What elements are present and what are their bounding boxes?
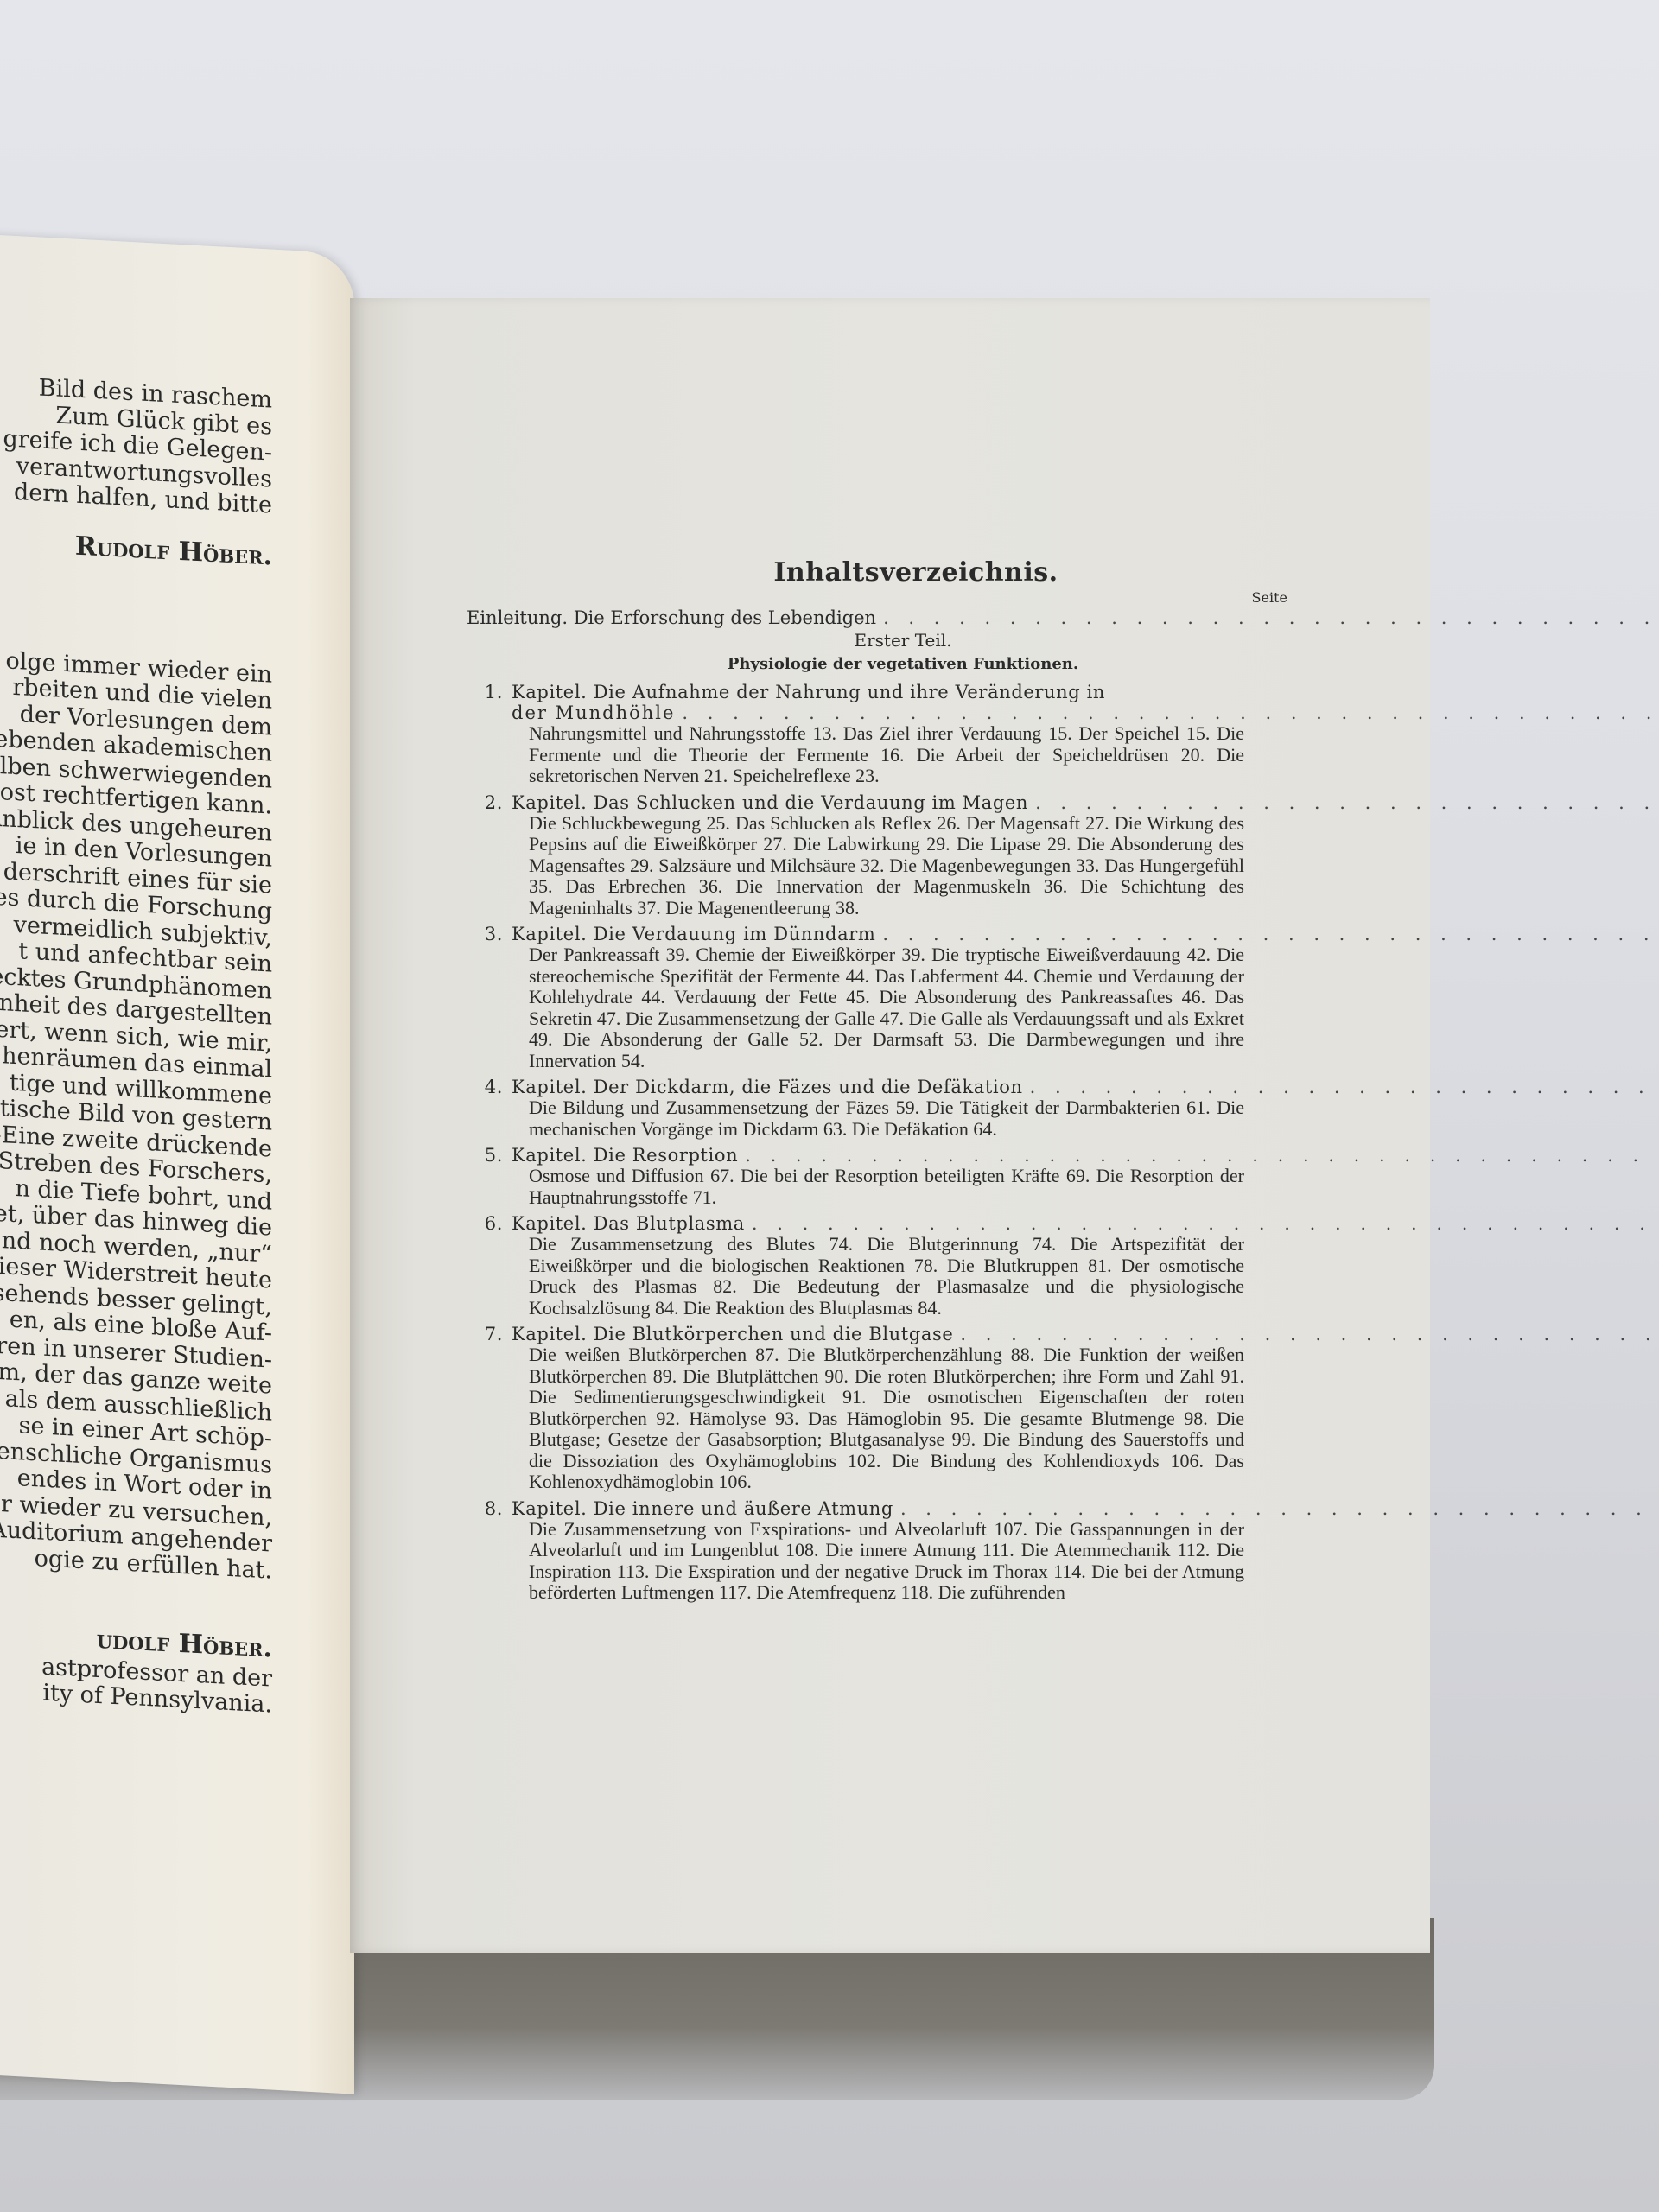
chapter-title: Kapitel. Das Schlucken und die Verdauung…	[512, 792, 1028, 813]
chapter-heading: 4.Kapitel. Der Dickdarm, die Fäzes und d…	[467, 1077, 1296, 1097]
chapter-number: 3.	[467, 924, 512, 944]
preface-end: Bild des in raschem Zum Glück gibt es gr…	[0, 368, 272, 520]
chapter-heading: 8.Kapitel. Die innere und äußere Atmung1…	[467, 1498, 1296, 1519]
right-page: Inhaltsverzeichnis. Seite Einleitung. Di…	[350, 298, 1430, 1953]
chapter-heading: 7.Kapitel. Die Blutkörperchen und die Bl…	[467, 1324, 1296, 1344]
preface-heading-fragment: lage.	[0, 599, 272, 645]
chapter-number: 2.	[467, 792, 512, 813]
left-page-text: Bild des in raschem Zum Glück gibt es gr…	[0, 368, 272, 1719]
leader-dots	[682, 702, 1659, 723]
leader-dots	[960, 1324, 1659, 1344]
chapter-title: Kapitel. Die innere und äußere Atmung	[512, 1498, 893, 1519]
chapter-contents: Der Pankreassaft 39. Chemie der Eiweißkö…	[529, 944, 1244, 1071]
chapter-heading: 2.Kapitel. Das Schlucken und die Verdauu…	[467, 792, 1296, 813]
toc-chapter: 1.Kapitel. Die Aufnahme der Nahrung und …	[467, 682, 1296, 787]
leader-dots	[900, 1498, 1659, 1519]
chapter-title-line: Kapitel. Der Dickdarm, die Fäzes und die…	[512, 1077, 1659, 1097]
chapter-number: 1.	[467, 682, 512, 702]
chapter-title-line: Kapitel. Das Blutplasma	[512, 1213, 1659, 1234]
toc-chapter: 5.Kapitel. Die Resorption67Osmose und Di…	[467, 1145, 1296, 1208]
chapter-number: 7.	[467, 1324, 512, 1344]
left-page: Bild des in raschem Zum Glück gibt es gr…	[0, 233, 354, 2094]
signature-1: Rudolf Höber.	[0, 524, 272, 570]
chapter-title-line: Kapitel. Die Resorption	[512, 1145, 1659, 1166]
chapter-number: 8.	[467, 1498, 512, 1519]
chapter-number: 4.	[467, 1077, 512, 1097]
table-of-contents: Inhaltsverzeichnis. Seite Einleitung. Di…	[467, 557, 1296, 1604]
chapter-title: Kapitel. Das Blutplasma	[512, 1213, 745, 1234]
chapter-title-line: Kapitel. Die Aufnahme der Nahrung und ih…	[512, 682, 1244, 702]
chapter-heading: 3.Kapitel. Die Verdauung im Dünndarm39	[467, 924, 1296, 944]
chapter-title: Kapitel. Die Blutkörperchen und die Blut…	[512, 1324, 953, 1344]
chapter-contents: Die Zusammensetzung von Exspirations- un…	[529, 1519, 1244, 1604]
chapter-contents: Osmose und Diffusion 67. Die bei der Res…	[529, 1166, 1244, 1208]
seite-label: Seite	[467, 589, 1296, 606]
chapter-contents: Die Schluckbewegung 25. Das Schlucken al…	[529, 813, 1244, 919]
leader-dots	[1030, 1077, 1659, 1097]
chapter-title: Kapitel. Die Aufnahme der Nahrung und ih…	[512, 682, 1105, 702]
chapter-heading: 1.Kapitel. Die Aufnahme der Nahrung und …	[467, 682, 1296, 702]
chapter-number: 6.	[467, 1213, 512, 1234]
leader-dots	[1035, 792, 1659, 813]
toc-chapter: 4.Kapitel. Der Dickdarm, die Fäzes und d…	[467, 1077, 1296, 1140]
chapter-list: 1.Kapitel. Die Aufnahme der Nahrung und …	[467, 682, 1296, 1604]
chapter-heading: 6.Kapitel. Das Blutplasma74	[467, 1213, 1296, 1234]
chapter-title-line: Kapitel. Die innere und äußere Atmung	[512, 1498, 1659, 1519]
part-heading: Erster Teil.	[510, 628, 1296, 652]
chapter-contents: Die weißen Blutkörperchen 87. Die Blutkö…	[529, 1344, 1244, 1493]
chapter-heading-cont: der Mundhöhle13	[512, 702, 1296, 723]
toc-chapter: 6.Kapitel. Das Blutplasma74Die Zusammens…	[467, 1213, 1296, 1319]
leader-dots	[745, 1145, 1659, 1166]
chapter-title-line: der Mundhöhle	[512, 702, 1659, 723]
page-title: Inhaltsverzeichnis.	[536, 557, 1296, 588]
entry-label: Einleitung. Die Erforschung des Lebendig…	[467, 607, 876, 628]
leader-dots	[752, 1213, 1659, 1234]
chapter-heading: 5.Kapitel. Die Resorption67	[467, 1145, 1296, 1166]
chapter-title-line: Kapitel. Das Schlucken und die Verdauung…	[512, 792, 1659, 813]
chapter-contents: Nahrungsmittel und Nahrungsstoffe 13. Da…	[529, 723, 1244, 787]
leader-dots	[882, 924, 1659, 944]
part-title: Physiologie der vegetativen Funktionen.	[510, 652, 1296, 677]
chapter-title-line: Kapitel. Die Verdauung im Dünndarm	[512, 924, 1659, 944]
toc-chapter: 2.Kapitel. Das Schlucken und die Verdauu…	[467, 792, 1296, 919]
chapter-title-line: Kapitel. Die Blutkörperchen und die Blut…	[512, 1324, 1659, 1344]
toc-chapter: 8.Kapitel. Die innere und äußere Atmung1…	[467, 1498, 1296, 1604]
toc-chapter: 3.Kapitel. Die Verdauung im Dünndarm39De…	[467, 924, 1296, 1071]
chapter-contents: Die Zusammensetzung des Blutes 74. Die B…	[529, 1234, 1244, 1319]
chapter-title: Kapitel. Die Resorption	[512, 1145, 738, 1166]
preface-2: olge immer wieder einrbeiten und die vie…	[0, 642, 272, 1585]
chapter-title-cont: der Mundhöhle	[512, 702, 675, 723]
toc-entry-intro: Einleitung. Die Erforschung des Lebendig…	[467, 607, 1296, 628]
toc-chapter: 7.Kapitel. Die Blutkörperchen und die Bl…	[467, 1324, 1296, 1493]
chapter-title: Kapitel. Der Dickdarm, die Fäzes und die…	[512, 1077, 1023, 1097]
chapter-contents: Die Bildung und Zusammensetzung der Fäze…	[529, 1097, 1244, 1140]
leader-dots	[883, 607, 1659, 628]
chapter-title: Kapitel. Die Verdauung im Dünndarm	[512, 924, 875, 944]
chapter-number: 5.	[467, 1145, 512, 1166]
